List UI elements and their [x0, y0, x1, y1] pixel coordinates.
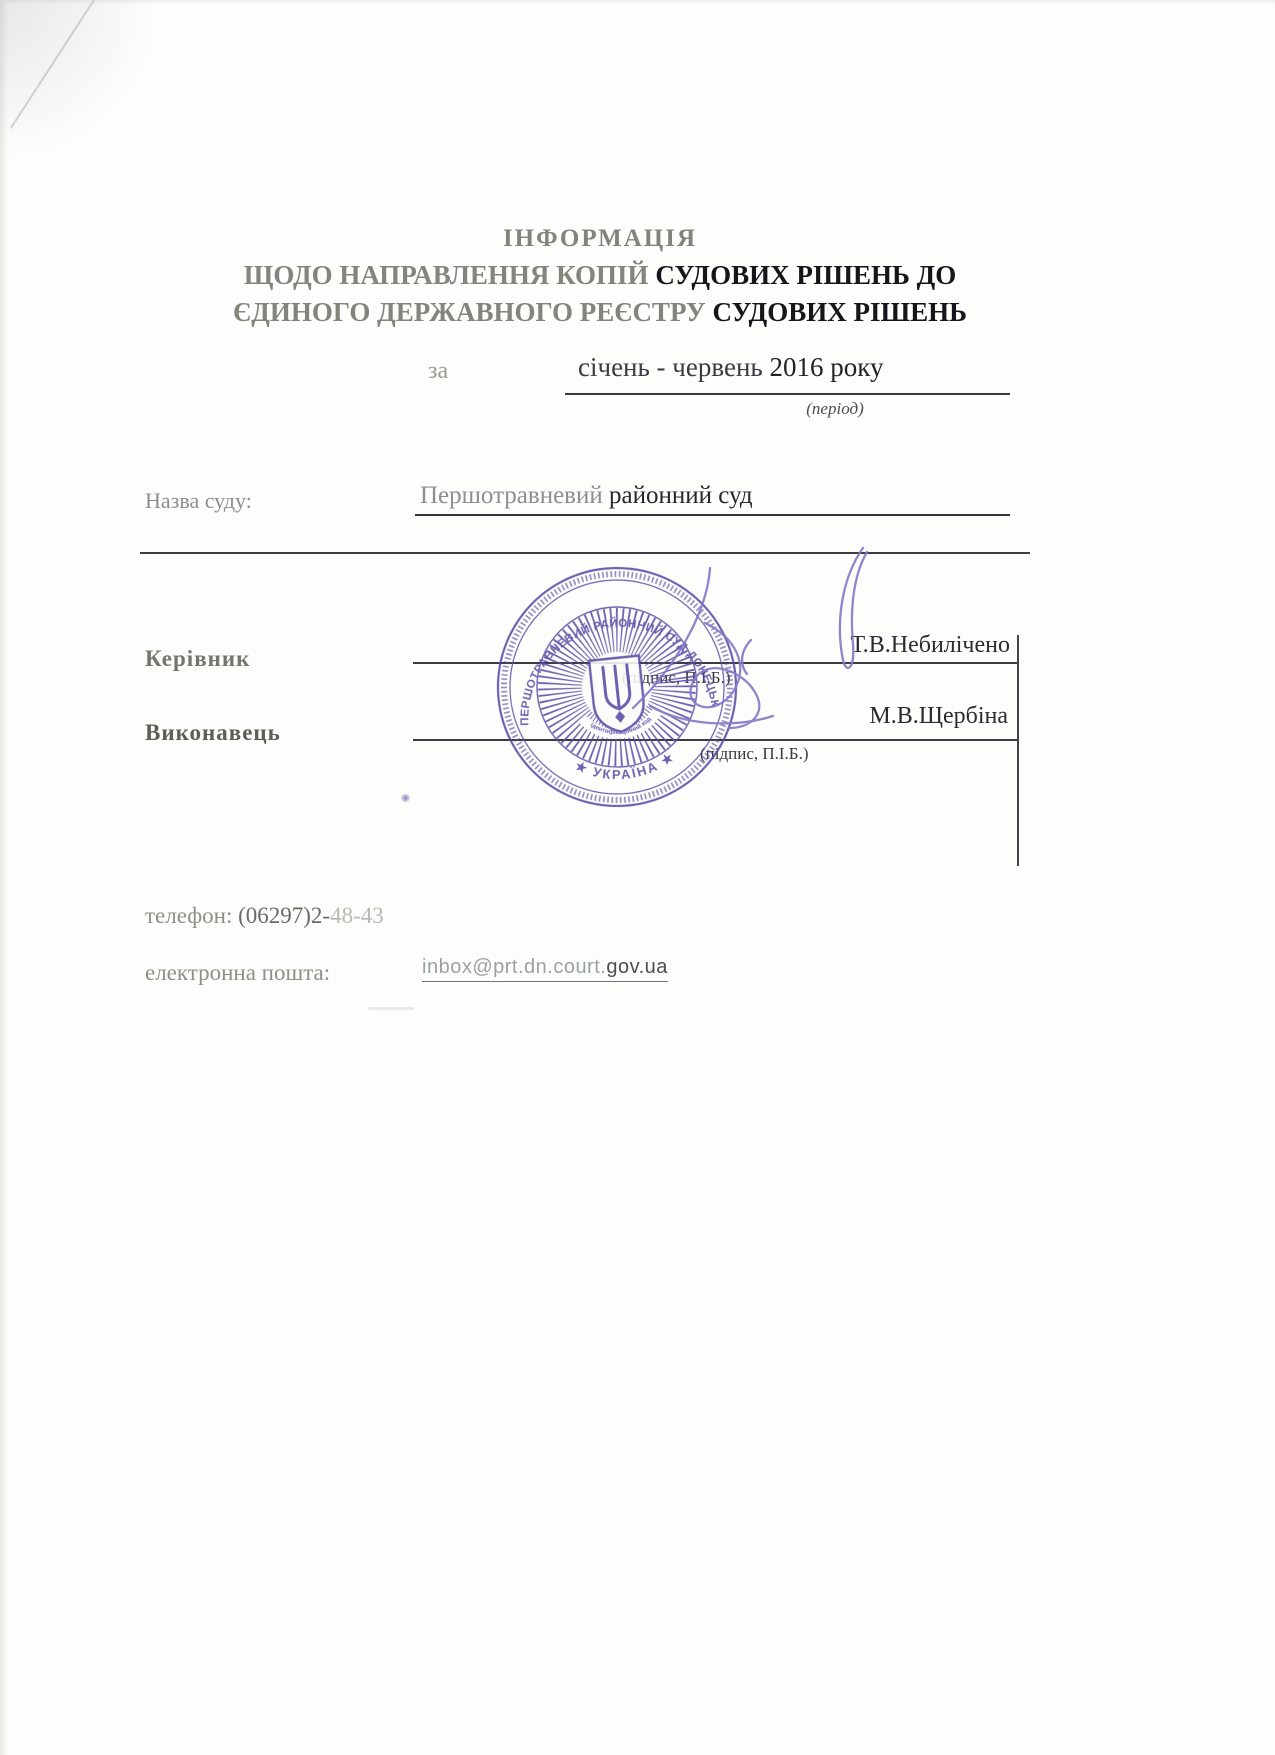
scanned-document-page: ІНФОРМАЦІЯ ЩОДО НАПРАВЛЕННЯ КОПІЙ СУДОВИ…	[0, 0, 1275, 1755]
document-title: ІНФОРМАЦІЯ ЩОДО НАПРАВЛЕННЯ КОПІЙ СУДОВИ…	[150, 220, 1050, 331]
court-name-underline	[415, 514, 1010, 516]
phone-value-faint: 48-43	[330, 903, 384, 928]
title-line-2: ЩОДО НАПРАВЛЕННЯ КОПІЙ СУДОВИХ РІШЕНЬ ДО	[150, 257, 1050, 294]
scan-edge-shadow-left	[0, 0, 8, 1755]
scan-edge-shadow-top	[0, 0, 1275, 5]
phone-label: телефон:	[145, 903, 238, 928]
period-caption: (період)	[760, 399, 910, 419]
vertical-rule	[1017, 635, 1019, 866]
email-value: inbox@prt.dn.court.gov.ua	[422, 956, 668, 982]
executor-signature-tail	[650, 706, 773, 723]
handwritten-signatures	[555, 528, 900, 783]
title-line-1: ІНФОРМАЦІЯ	[150, 220, 1050, 257]
executor-signature-loops	[690, 623, 759, 728]
period-value: січень - червень 2016 року	[578, 352, 883, 383]
head-signature-stroke	[840, 548, 867, 668]
court-name-value: Першотравневий районний суд	[420, 482, 753, 510]
court-name-label: Назва суду:	[145, 488, 252, 514]
head-label: Керівник	[145, 646, 250, 672]
executor-label: Виконавець	[145, 720, 281, 746]
executor-signature-stroke	[633, 568, 710, 708]
head-signature-flourish	[742, 640, 751, 674]
ink-speck	[401, 794, 410, 802]
phone-value: (06297)2-	[238, 903, 330, 928]
phone-row: телефон: (06297)2-48-43	[145, 903, 384, 929]
title-line-3: ЄДИНОГО ДЕРЖАВНОГО РЕЄСТРУ СУДОВИХ РІШЕН…	[150, 294, 1050, 331]
period-prefix: за	[428, 358, 448, 385]
period-underline	[565, 393, 1010, 395]
scan-smudge	[368, 1007, 414, 1010]
email-label: електронна пошта:	[145, 960, 330, 986]
